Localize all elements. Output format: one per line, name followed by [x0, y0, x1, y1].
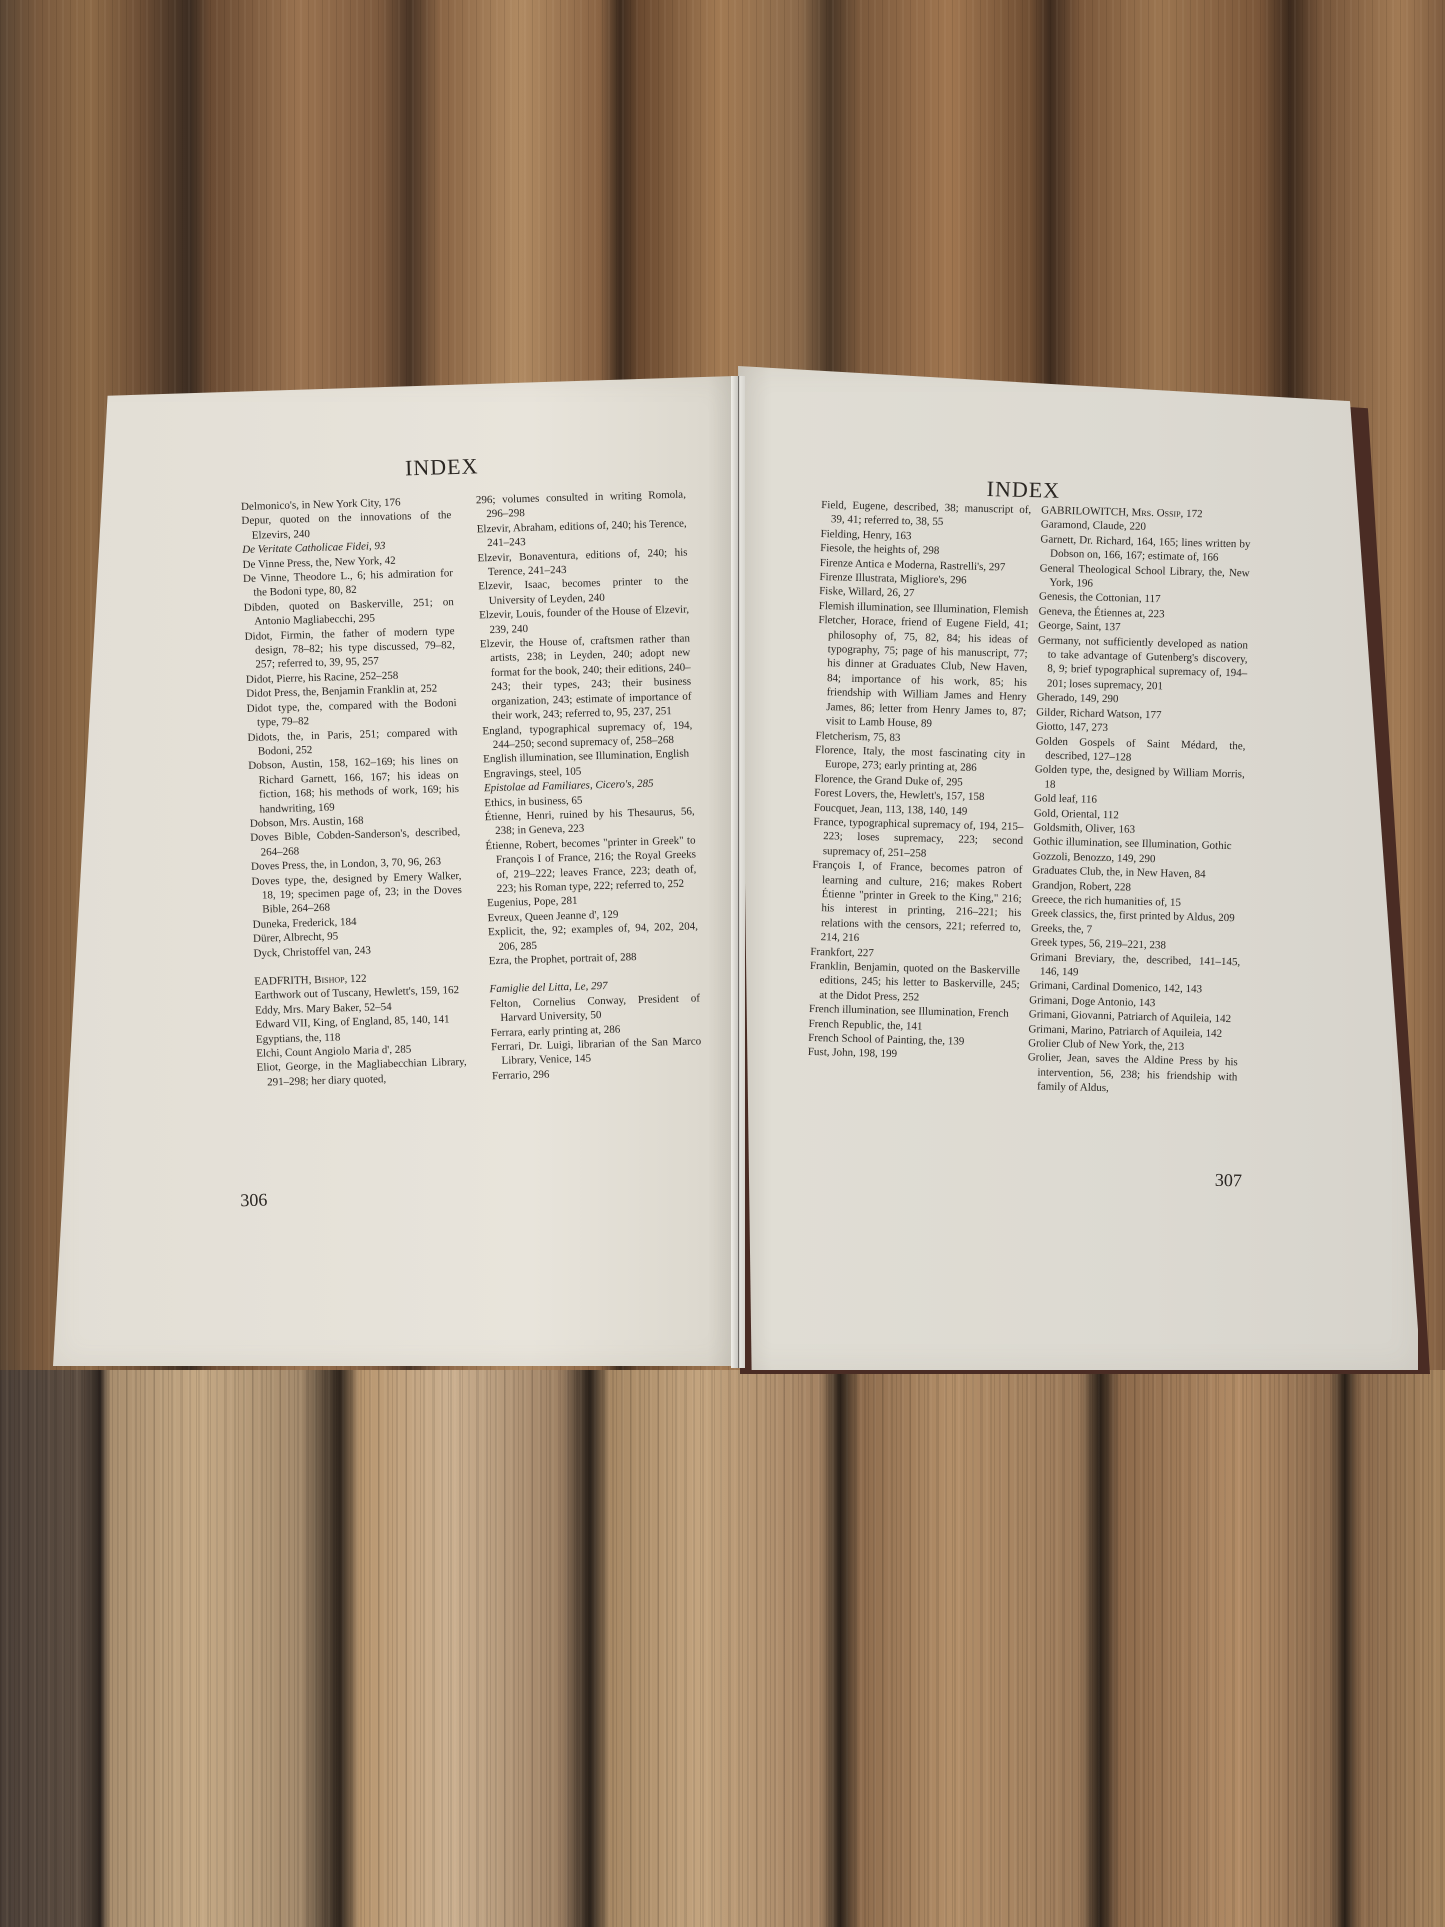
page-header-left: INDEX [405, 453, 479, 481]
left-column-a: Delmonico's, in New York City, 176 Depur… [241, 494, 467, 1090]
index-entry: Germany, not sufficiently developed as n… [1037, 633, 1248, 696]
left-column-b: 296; volumes consulted in writing Romola… [476, 488, 702, 1084]
index-entry: François I, of France, becomes patron of… [811, 858, 1023, 950]
book-gutter [731, 376, 745, 1368]
page-number-right: 307 [1215, 1170, 1243, 1192]
index-entry: Didot, Firmin, the father of modern type… [244, 624, 455, 673]
index-entry: Florence, Italy, the most fascinating ci… [815, 743, 1026, 777]
index-entry: France, typographical supremacy of, 194,… [813, 815, 1024, 863]
index-entry: Franklin, Benjamin, quoted on the Basker… [809, 959, 1020, 1007]
index-entry: Eliot, George, in the Magliabecchian Lib… [257, 1055, 468, 1090]
index-entry: Elzevir, the House of, craftsmen rather … [480, 632, 692, 724]
index-entry: Fletcher, Horace, friend of Eugene Field… [816, 613, 1029, 733]
index-entry: Dobson, Austin, 158, 162–169; his lines … [248, 753, 460, 816]
index-entry: Grolier, Jean, saves the Aldine Press by… [1027, 1051, 1238, 1099]
page-number-left: 306 [240, 1190, 268, 1212]
right-column-a: Field, Eugene, described, 38; manuscript… [808, 498, 1032, 1065]
page-header-right: INDEX [986, 476, 1060, 504]
right-column-b: GABRILOWITCH, Mrs. Ossip, 172 Garamond, … [1027, 503, 1251, 1099]
wood-floor-lower [0, 1370, 1445, 1927]
index-entry: Doves type, the, designed by Emery Walke… [251, 869, 462, 918]
index-entry: Étienne, Robert, becomes "printer in Gre… [485, 833, 697, 896]
index-entry: Garnett, Dr. Richard, 164, 165; lines wr… [1040, 532, 1251, 566]
